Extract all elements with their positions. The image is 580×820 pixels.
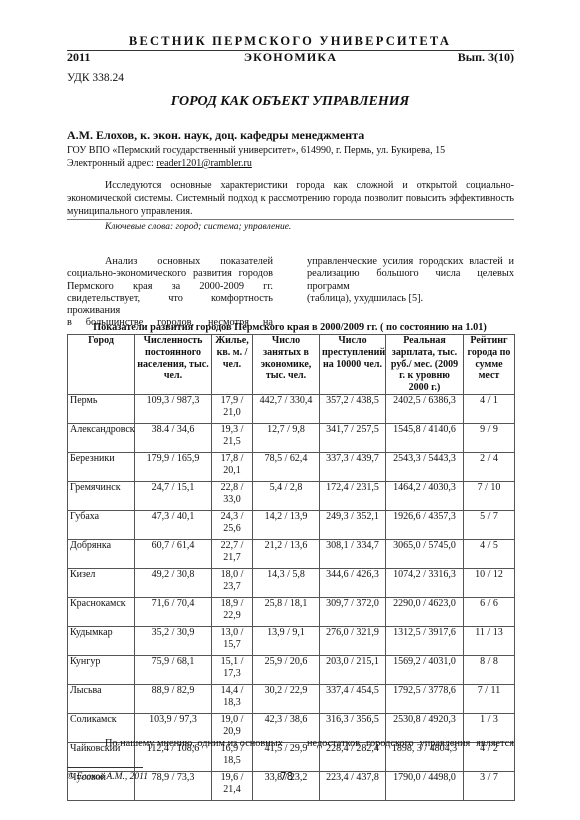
table-cell: 78,5 / 62,4: [253, 452, 320, 481]
table-cell: 1074,2 / 3316,3: [386, 568, 464, 597]
table-row: Краснокамск71,6 / 70,418,9 / 22,925,8 / …: [68, 597, 515, 626]
table-cell: 18,9 / 22,9: [212, 597, 253, 626]
table-cell: 17,9 / 21,0: [212, 394, 253, 423]
table-cell: 11 / 13: [464, 626, 515, 655]
body-line: свидетельствует, что комфортность прожив…: [67, 293, 273, 318]
journal-title: ВЕСТНИК ПЕРМСКОГО УНИВЕРСИТЕТА: [60, 34, 520, 49]
table-cell: 14,2 / 13,9: [253, 510, 320, 539]
table-cell: 19,6 / 21,4: [212, 771, 253, 800]
city-name-cell: Губаха: [68, 510, 135, 539]
column-header: Реальная зарплата, тыс. руб./ мес. (2009…: [386, 335, 464, 395]
body-column-right: управленческие усилия городских властей …: [307, 256, 514, 305]
running-header: 2011 ЭКОНОМИКА Вып. 3(10): [67, 49, 514, 65]
affiliation: ГОУ ВПО «Пермский государственный универ…: [67, 145, 445, 156]
table-cell: 22,7 / 21,7: [212, 539, 253, 568]
body-line: (таблица), ухудшилась [5].: [307, 293, 514, 305]
email-line: Электронный адрес: reader1201@rambler.ru: [67, 158, 252, 169]
table-cell: 7 / 10: [464, 481, 515, 510]
table-row: Кудымкар35,2 / 30,913,0 / 15,713,9 / 9,1…: [68, 626, 515, 655]
table-cell: 1545,8 / 4140,6: [386, 423, 464, 452]
table-cell: 1790,0 / 4498,0: [386, 771, 464, 800]
table-cell: 308,1 / 334,7: [320, 539, 386, 568]
city-name-cell: Кизел: [68, 568, 135, 597]
table-cell: 109,3 / 987,3: [135, 394, 212, 423]
table-row: Губаха47,3 / 40,124,3 / 25,614,2 / 13,92…: [68, 510, 515, 539]
table-cell: 14,3 / 5,8: [253, 568, 320, 597]
table-cell: 7 / 11: [464, 684, 515, 713]
table-row: Добрянка60,7 / 61,422,7 / 21,721,2 / 13,…: [68, 539, 515, 568]
udk-code: УДК 338.24: [67, 72, 124, 84]
table-cell: 172,4 / 231,5: [320, 481, 386, 510]
email-link[interactable]: reader1201@rambler.ru: [156, 158, 252, 169]
abstract-rule: [67, 219, 514, 220]
page-number: 78: [280, 771, 293, 783]
table-cell: 75,9 / 68,1: [135, 655, 212, 684]
city-name-cell: Березники: [68, 452, 135, 481]
table-cell: 47,3 / 40,1: [135, 510, 212, 539]
table-cell: 1792,5 / 3778,6: [386, 684, 464, 713]
city-name-cell: Александровск: [68, 423, 135, 452]
body-column-left: Анализ основных показателей социально-эк…: [67, 256, 273, 330]
column-header: Город: [68, 335, 135, 395]
table-cell: 12,7 / 9,8: [253, 423, 320, 452]
email-label: Электронный адрес:: [67, 158, 156, 169]
table-row: Кизел49,2 / 30,818,0 / 23,714,3 / 5,8344…: [68, 568, 515, 597]
table-cell: 15,1 / 17,3: [212, 655, 253, 684]
column-header: Число занятых в экономике, тыс. чел.: [253, 335, 320, 395]
table-cell: 5,4 / 2,8: [253, 481, 320, 510]
table-cell: 22,8 / 33,0: [212, 481, 253, 510]
table-cell: 25,9 / 20,6: [253, 655, 320, 684]
city-name-cell: Добрянка: [68, 539, 135, 568]
table-cell: 344,6 / 426,3: [320, 568, 386, 597]
table-cell: 3065,0 / 5745,0: [386, 539, 464, 568]
city-name-cell: Кудымкар: [68, 626, 135, 655]
table-cell: 13,0 / 15,7: [212, 626, 253, 655]
column-header: Число преступлений на 10000 чел.: [320, 335, 386, 395]
article-title: ГОРОД КАК ОБЪЕКТ УПРАВЛЕНИЯ: [60, 94, 520, 110]
keywords: Ключевые слова: город; система; управлен…: [105, 222, 291, 232]
table-cell: 8 / 8: [464, 655, 515, 684]
table-row: Кунгур75,9 / 68,115,1 / 17,325,9 / 20,62…: [68, 655, 515, 684]
city-name-cell: Лысьва: [68, 684, 135, 713]
continuation-left: По нашему мнению, одним из основных: [105, 738, 283, 749]
column-header: Жилье, кв. м. / чел.: [212, 335, 253, 395]
journal-section: ЭКОНОМИКА: [67, 50, 514, 65]
footnote-rule: [67, 767, 143, 768]
abstract: Исследуются основные характеристики горо…: [67, 180, 514, 218]
table-cell: 2 / 4: [464, 452, 515, 481]
body-line: социально-экономического развития городо…: [67, 268, 273, 280]
table-cell: 30,2 / 22,9: [253, 684, 320, 713]
table-row: Березники179,9 / 165,917,8 / 20,178,5 / …: [68, 452, 515, 481]
table-row: Александровск38.4 / 34,619,3 / 21,512,7 …: [68, 423, 515, 452]
table-caption: Показатели развития городов Пермского кр…: [60, 322, 520, 333]
table-cell: 19,3 / 21,5: [212, 423, 253, 452]
table-cell: 88,9 / 82,9: [135, 684, 212, 713]
table-cell: 1569,2 / 4031,0: [386, 655, 464, 684]
table-cell: 25,8 / 18,1: [253, 597, 320, 626]
column-header: Рейтинг города по сумме мест: [464, 335, 515, 395]
table-cell: 2290,0 / 4623,0: [386, 597, 464, 626]
body-line: Пермского края за 2000-2009 гг.: [67, 281, 273, 293]
table-cell: 71,6 / 70,4: [135, 597, 212, 626]
city-name-cell: Кунгур: [68, 655, 135, 684]
table-cell: 35,2 / 30,9: [135, 626, 212, 655]
table-cell: 357,2 / 438,5: [320, 394, 386, 423]
table-cell: 24,7 / 15,1: [135, 481, 212, 510]
table-cell: 442,7 / 330,4: [253, 394, 320, 423]
table-cell: 276,0 / 321,9: [320, 626, 386, 655]
table-cell: 4 / 5: [464, 539, 515, 568]
table-cell: 2402,5 / 6386,3: [386, 394, 464, 423]
indicators-table: ГородЧисленность постоянного населения, …: [67, 334, 515, 801]
table-cell: 337,3 / 439,7: [320, 452, 386, 481]
table-cell: 5 / 7: [464, 510, 515, 539]
column-header: Численность постоянного населения, тыс. …: [135, 335, 212, 395]
table-cell: 49,2 / 30,8: [135, 568, 212, 597]
table-cell: 9 / 9: [464, 423, 515, 452]
table-cell: 3 / 7: [464, 771, 515, 800]
table-cell: 6 / 6: [464, 597, 515, 626]
table-cell: 337,4 / 454,5: [320, 684, 386, 713]
copyright: © Елохов А.М., 2011: [67, 772, 148, 782]
city-name-cell: Пермь: [68, 394, 135, 423]
author-line: А.М. Елохов, к. экон. наук, доц. кафедры…: [67, 128, 364, 143]
city-name-cell: Гремячинск: [68, 481, 135, 510]
table-cell: 18,0 / 23,7: [212, 568, 253, 597]
table-cell: 14,4 / 18,3: [212, 684, 253, 713]
body-line: реализацию большого числа целевых програ…: [307, 268, 514, 293]
table-cell: 309,7 / 372,0: [320, 597, 386, 626]
table-cell: 203,0 / 215,1: [320, 655, 386, 684]
table-cell: 17,8 / 20,1: [212, 452, 253, 481]
body-line: Анализ основных показателей: [67, 256, 273, 268]
table-cell: 223,4 / 437,8: [320, 771, 386, 800]
table-cell: 24,3 / 25,6: [212, 510, 253, 539]
table-cell: 38.4 / 34,6: [135, 423, 212, 452]
table-cell: 4 / 1: [464, 394, 515, 423]
table-cell: 179,9 / 165,9: [135, 452, 212, 481]
table-cell: 1926,6 / 4357,3: [386, 510, 464, 539]
city-name-cell: Краснокамск: [68, 597, 135, 626]
table-row: Гремячинск24,7 / 15,122,8 / 33,05,4 / 2,…: [68, 481, 515, 510]
table-cell: 60,7 / 61,4: [135, 539, 212, 568]
table-header-row: ГородЧисленность постоянного населения, …: [68, 335, 515, 395]
table-cell: 1312,5 / 3917,6: [386, 626, 464, 655]
table-cell: 13,9 / 9,1: [253, 626, 320, 655]
table-cell: 21,2 / 13,6: [253, 539, 320, 568]
table-row: Пермь109,3 / 987,317,9 / 21,0442,7 / 330…: [68, 394, 515, 423]
table-cell: 2543,3 / 5443,3: [386, 452, 464, 481]
continuation-right: недостатков городского управления являет…: [307, 738, 514, 749]
table-cell: 1464,2 / 4030,3: [386, 481, 464, 510]
table-cell: 10 / 12: [464, 568, 515, 597]
body-line: управленческие усилия городских властей …: [307, 256, 514, 268]
table-cell: 341,7 / 257,5: [320, 423, 386, 452]
table-cell: 249,3 / 352,1: [320, 510, 386, 539]
journal-issue: Вып. 3(10): [458, 50, 514, 65]
table-row: Лысьва88,9 / 82,914,4 / 18,330,2 / 22,93…: [68, 684, 515, 713]
